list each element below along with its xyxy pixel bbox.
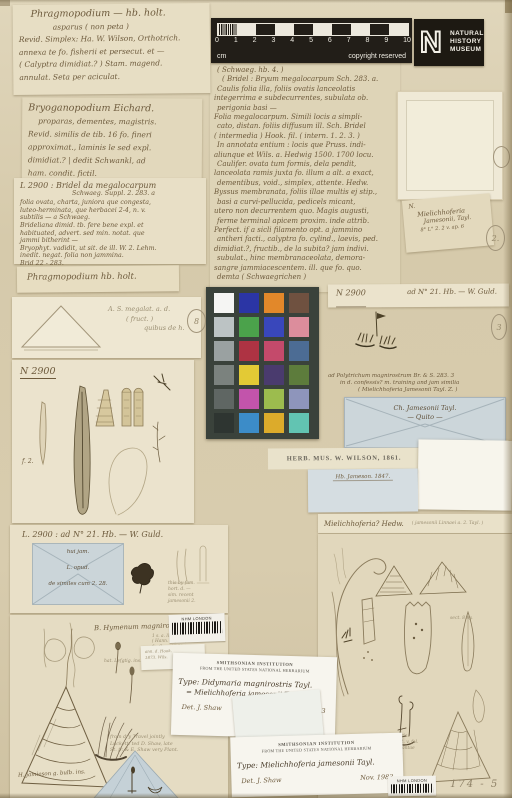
- nhm-logo-n-icon: N: [420, 26, 442, 60]
- color-swatch: [214, 365, 234, 385]
- color-swatch: [239, 293, 259, 313]
- text-line: lanceolata ramis juxta fo. illum a alt. …: [214, 169, 398, 178]
- text-line: MUSEUM: [450, 46, 484, 54]
- text-line: Caulifer. ovata tum formis, dela pendit,: [217, 160, 398, 169]
- determiner: Det. J. Shaw: [182, 703, 222, 712]
- color-swatch: [289, 317, 309, 337]
- text-line: HISTORY: [450, 38, 484, 46]
- polytrichum-annotation: ad Polytrichum magnirostrum Br. & S. 283…: [328, 373, 512, 394]
- slip-text: ad N° 21. Hb. — W. Guld.: [407, 288, 497, 307]
- color-swatch: [289, 341, 309, 361]
- folded-envelope: [397, 91, 503, 200]
- text-line: antheri facti., calyptra fo. cylind., la…: [217, 235, 398, 244]
- color-swatch: [239, 317, 259, 337]
- drawing-card-n2900: N 2900 f. 2.: [12, 360, 194, 523]
- ruler-number: 7: [347, 37, 351, 44]
- nhm-logo-text: NATURALHISTORYMUSEUM: [450, 30, 484, 54]
- text-line: Byssus membranata, foliis illae multis e…: [214, 188, 398, 197]
- smithsonian-type-label-2: SMITHSONIAN INSTITUTION FROM THE UNITED …: [230, 733, 404, 798]
- text-line: habituated, advert. sed min. notat. que: [20, 230, 200, 238]
- text-line: dimidiat.? | dedit Schwankl, ad: [28, 153, 196, 167]
- text-line: in d. confessis? m. training and jam sim…: [340, 380, 512, 387]
- text-line: A. S. megalat. a. d.: [108, 305, 185, 315]
- small-moss-specimens: [346, 306, 408, 354]
- text-line: quibus de h.: [144, 324, 185, 334]
- text-line: perigonia basi —: [217, 104, 398, 113]
- pencil-circle-mark-8: 8: [187, 309, 206, 333]
- herbarium-sheet-scan: 012345678910 cm copyright reserved N NAT…: [0, 0, 512, 798]
- color-swatch: [289, 413, 309, 433]
- text-line: In annotata entium : locis que Pruss. in…: [217, 141, 398, 150]
- blank-white-card: [418, 439, 512, 510]
- slip-text: Hb. Jameson. 1847.: [333, 474, 394, 482]
- packet-annotation: hat. Lefgtig. ins.: [104, 659, 142, 664]
- text-line: Perfect. if a sicli filamento opt. a jam…: [214, 226, 398, 235]
- color-swatch: [214, 293, 234, 313]
- central-description: ( Schwaeg. hb. 4. )( Bridel : Bryum mega…: [214, 66, 398, 282]
- color-swatch: [289, 365, 309, 385]
- text-line: NATURAL: [450, 30, 484, 38]
- text-line: Schwaeg. Suppl. 2. 283. a: [72, 190, 200, 198]
- ruler-number: 0: [215, 37, 219, 44]
- text-line: Phragmopodium hb. holt.: [27, 271, 169, 282]
- text-line: integerrima e subdecurrentes, subulata o…: [214, 94, 398, 103]
- packet-fold-lines: [32, 543, 124, 605]
- color-swatch: [214, 389, 234, 409]
- figure-label: f. 2.: [22, 458, 34, 465]
- moss-anatomy-drawings: [12, 360, 194, 523]
- handwritten-note-3: L 2900 : Bridel da megalocarpumSchwaeg. …: [14, 178, 206, 264]
- specimen-number: N 2900: [20, 366, 56, 379]
- text-line: annulat. Seta per aciculat.: [19, 70, 204, 84]
- text-line: Caulis folia illa, foliis ovatis lanceol…: [217, 85, 398, 94]
- text-line: approximat., laminis le sed expl.: [28, 140, 196, 154]
- type-determination: Type: Mielichhoferia jamesonii Tayl.: [237, 757, 397, 770]
- text-line: inedit. negat. folia non jammina.: [20, 252, 200, 260]
- specimen-card-2900: L. 2900 : ad N° 21. Hb. — W. Guld. hui j…: [10, 525, 228, 613]
- color-swatch: [214, 341, 234, 361]
- text-line: luteo-herminata, que herbacei 2-4, n. v.: [20, 207, 200, 215]
- barcode-bars-icon: [391, 784, 433, 794]
- sketch-caption: this by fam.hort. d. —sim. recentjameson…: [168, 581, 196, 605]
- ruler-number: 2: [253, 37, 257, 44]
- text-line: Brideliana dimid. tb. fere bene expl. et: [20, 222, 200, 230]
- text-line: ( intermedia ) Hook. fil. ( intern. 1. 2…: [214, 132, 398, 141]
- color-calibration-chart: [206, 287, 319, 439]
- color-swatch: [239, 413, 259, 433]
- ruler-number: 9: [384, 37, 388, 44]
- ruler-number: 1: [234, 37, 238, 44]
- ruler-number: 5: [309, 37, 313, 44]
- text-line: dimidiat.?, fructib., de la subita? jam …: [214, 245, 398, 254]
- handwritten-note-4: Phragmopodium hb. holt.: [17, 265, 179, 292]
- color-swatch: [289, 293, 309, 313]
- heading-name: Mielichhoferia? Hedw.: [324, 520, 404, 528]
- number-slip-2900: N 2900 ad N° 21. Hb. — W. Guld.: [328, 284, 509, 308]
- text-line: jammi bitherint —: [20, 237, 200, 245]
- sheet-edge-shadow: [503, 0, 512, 798]
- scale-numbers: 012345678910: [215, 37, 411, 44]
- text-line: St. fr. & E. Shaw very Plant.: [110, 748, 186, 755]
- color-swatch: [264, 389, 284, 409]
- heading-slip: Mielichhoferia? Hedw. ( jamesonii Linnae…: [318, 514, 512, 533]
- text-line: demta ( Schwaegrichen ): [217, 273, 398, 282]
- blue-specimen-packet: hui jam.L. opud.de similes cum 2. 28.: [32, 543, 124, 605]
- color-swatch: [264, 293, 284, 313]
- color-swatch: [264, 317, 284, 337]
- sketch-label: sect. 8 hy.: [450, 616, 473, 621]
- card-header: L. 2900 : ad N° 21. Hb. — W. Guld.: [22, 530, 224, 539]
- scale-mm-hatch: [218, 24, 237, 35]
- text-line: ferme terminal apicem proxim. inde attri…: [217, 217, 398, 226]
- copyright-text: copyright reserved: [348, 53, 406, 60]
- text-line: — Quito —: [344, 413, 506, 422]
- text-line: proparas, dementes, magistris.: [38, 114, 196, 128]
- text-line: dementibus, void., simplex, attente. Hed…: [217, 179, 398, 188]
- text-line: jamesonii 2.: [168, 599, 196, 605]
- sheet-edge-shadow: [0, 0, 512, 3]
- ruler-number: 4: [290, 37, 294, 44]
- wilson-herbarium-stamp: HERB. MUS. W. WILSON, 1861.: [268, 447, 420, 469]
- color-swatch: [239, 365, 259, 385]
- sheet-edge-shadow: [0, 793, 512, 798]
- barcode-text: NHM LONDON: [391, 778, 433, 784]
- barcode-bars-icon: [172, 621, 222, 635]
- text-line: subulat., hinc membranaceolata, demora-: [217, 254, 398, 263]
- ruler-number: 6: [328, 37, 332, 44]
- text-line: basi a curvi-pellucida, pedicels micant,: [217, 198, 398, 207]
- text-line: sangre jammiacescentem. ill. que fo. quo…: [214, 264, 398, 273]
- determiner: Det. J. Shaw: [241, 776, 281, 785]
- text-line: ad Polytrichum magnirostrum Br. & S. 283…: [328, 373, 512, 380]
- slip-number: N 2900: [336, 288, 366, 307]
- hb-jameson-slip: Hb. Jameson. 1847.: [308, 469, 418, 513]
- color-swatch: [264, 413, 284, 433]
- color-swatch: [214, 317, 234, 337]
- text-line: ( Mielichhoferia Jamesonii Tayl. Z. ): [358, 387, 512, 394]
- text-line: ( Bridel : Bryum megalocarpum Sch. 283. …: [222, 75, 398, 84]
- stamp-text: HERB. MUS. W. WILSON, 1861.: [287, 455, 402, 463]
- text-line: cato, distan. foliis diffusum ill. Sch. …: [217, 122, 398, 131]
- color-swatch: [214, 413, 234, 433]
- text-line: Ch. Jamesonii Tayl.: [344, 404, 506, 413]
- heading-note: ( jamesonii Linnaei a. 2. Tayl. ): [412, 521, 484, 526]
- text-line: from dry Travel jointly: [110, 735, 186, 742]
- text-line: Folia megalocarpum. Simili locis a simpl…: [214, 113, 398, 122]
- text-line: utero non decurrentem quo. Magis augusti…: [214, 207, 398, 216]
- color-swatch: [264, 365, 284, 385]
- handwritten-note-2: Bryoganopodium Eichard.proparas, demente…: [22, 97, 203, 184]
- scale-unit: cm: [217, 53, 226, 60]
- barcode-label-small: NHM LONDON: [169, 613, 226, 643]
- scale-bar: 012345678910 cm copyright reserved: [211, 18, 412, 63]
- text-line: L 2900 : Bridel da megalocarpum: [20, 182, 200, 190]
- envelope-flap: [406, 100, 494, 191]
- sheet-number-pencil: 174 - 5: [450, 779, 499, 790]
- ruler-number: 8: [366, 37, 370, 44]
- text-line: ( fruct. ): [126, 315, 185, 325]
- text-line: subtilis — a Schwaeg.: [20, 214, 200, 222]
- text-line: Revid. similis de tib. 16 fo. fineri: [28, 127, 196, 141]
- triangle-sketch-card: A. S. megalat. a. d.( fruct. )quibus de …: [12, 297, 201, 358]
- mielichhoferia-label: N.MielichhoferiaJamesonii, Tayl.8° L° 2.…: [402, 193, 494, 252]
- text-line: Revid. Simplex: Ha. W. Wilson, Orthotric…: [19, 32, 204, 46]
- color-swatch: [289, 389, 309, 409]
- color-swatch: [239, 341, 259, 361]
- text-line: ( Schwaeg. hb. 4. ): [217, 66, 398, 75]
- text-line: Bryophyt. vadidit, ut sit. de ill. W. 2.…: [20, 245, 200, 253]
- text-line: aliunque et Wils. a. Hedwig 1500. 1700 l…: [214, 151, 398, 160]
- packet-inscription: Ch. Jamesonii Tayl.— Quito —: [344, 404, 506, 422]
- handwritten-note-1: Phragmopodium — hb. holt.asparus ( non p…: [13, 3, 211, 95]
- color-swatch: [239, 389, 259, 409]
- nhm-logo: N NATURALHISTORYMUSEUM: [414, 19, 484, 66]
- scale-segments: [217, 23, 409, 36]
- triangle-card-note: A. S. megalat. a. d.( fruct. )quibus de …: [108, 305, 185, 334]
- color-swatch: [264, 341, 284, 361]
- ruler-number: 10: [403, 37, 411, 44]
- mid-annotation: from dry Travel jointlyLuckett. ted D. S…: [110, 735, 186, 755]
- ruler-number: 3: [271, 37, 275, 44]
- text-line: folia ovata, charta, juniora que congest…: [20, 199, 200, 207]
- text-line: Bryoganopodium Eichard.: [28, 101, 196, 115]
